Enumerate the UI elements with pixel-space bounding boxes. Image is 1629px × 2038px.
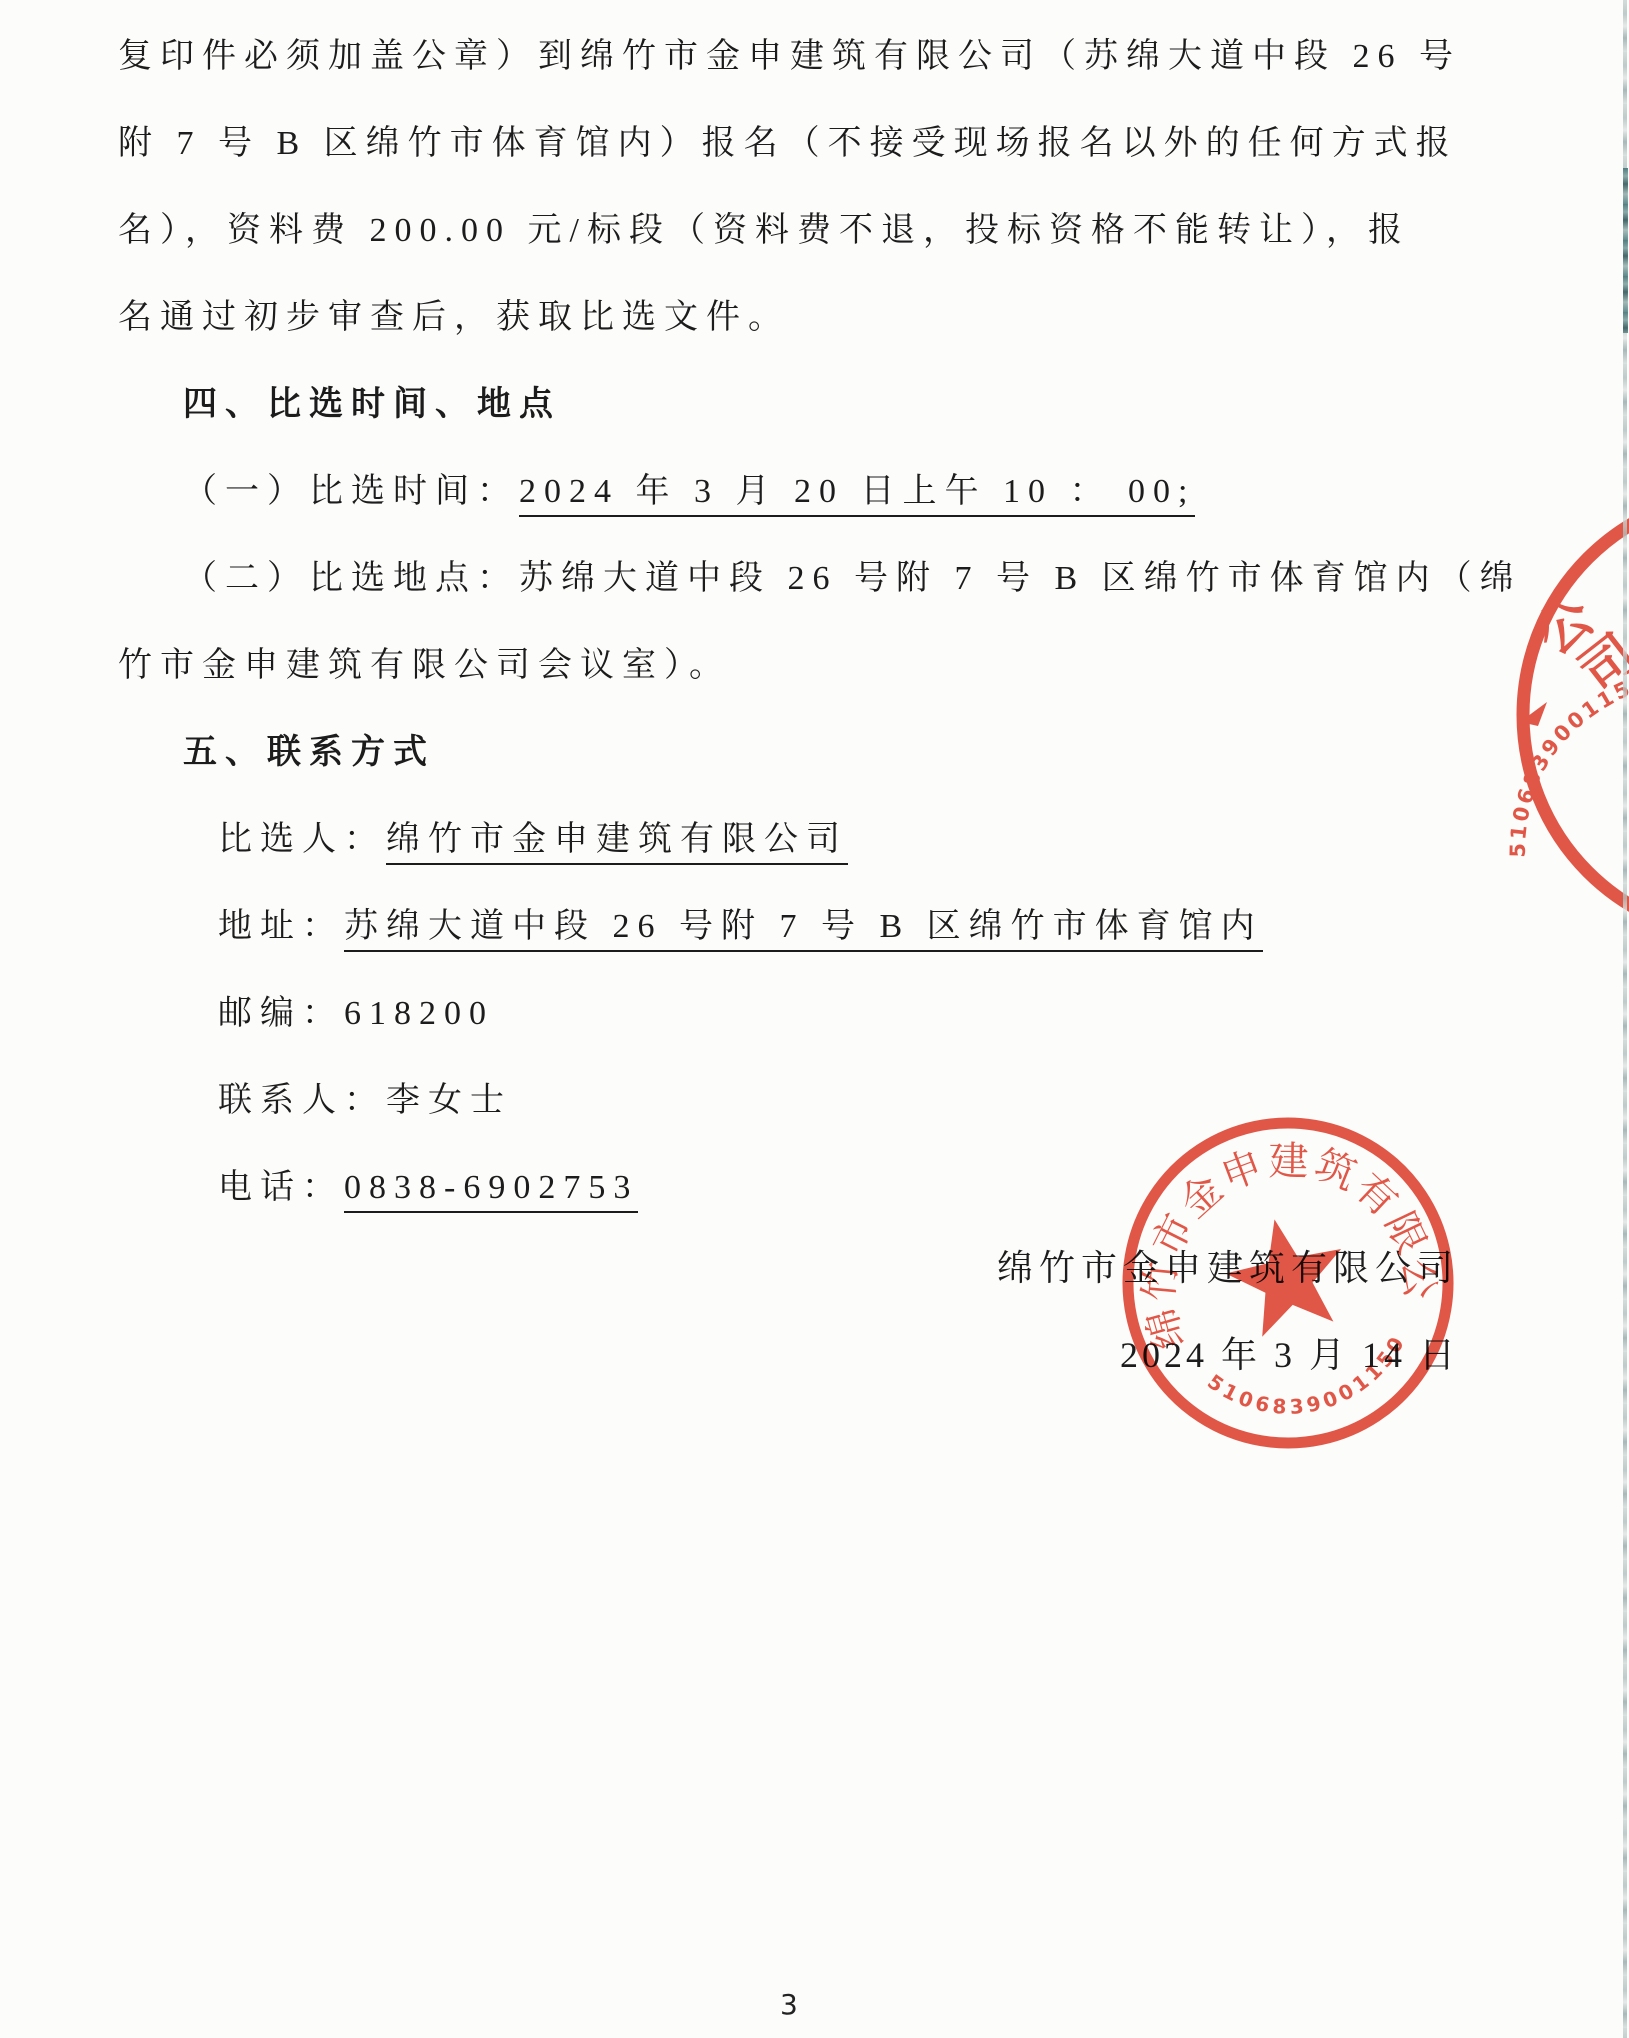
bixuanren-value-underlined: 绵竹市金申建筑有限公司 [386, 821, 848, 865]
bixuanren-label: 比选人： [218, 821, 386, 858]
document-page: 复印件必须加盖公章）到绵竹市金申建筑有限公司（苏绵大道中段 26 号 附 7 号… [0, 0, 1629, 2038]
address-label: 地址： [218, 908, 344, 945]
company-seal: 绵竹市金申建筑有限公司 5106839001150 [1113, 1108, 1463, 1458]
item2-label: （二）比选地点： [183, 560, 519, 597]
item1-value-underlined: 2024 年 3 月 20 日上午 10 ： 00; [519, 473, 1195, 517]
postcode-value: 618200 [344, 995, 494, 1032]
paragraph-line-4: 名通过初步审查后，获取比选文件。 [118, 295, 790, 341]
seal-star-icon [1217, 1207, 1356, 1341]
section4-item2-line1: （二）比选地点：苏绵大道中段 26 号附 7 号 B 区绵竹市体育馆内（绵 [183, 556, 1522, 602]
company-seal-graphic: 绵竹市金申建筑有限公司 5106839001150 [1113, 1108, 1463, 1458]
postcode-label: 邮编： [218, 995, 344, 1032]
address-value-underlined: 苏绵大道中段 26 号附 7 号 B 区绵竹市体育馆内 [344, 908, 1263, 952]
section4-item2-line2: 竹市金申建筑有限公司会议室）。 [118, 643, 731, 689]
contact-label: 联系人： [218, 1082, 386, 1119]
seal-code-arc-text: 5106839001150 [1199, 1326, 1422, 1438]
section5-heading: 五、联系方式 [183, 730, 435, 776]
contact-row-bixuanren: 比选人：绵竹市金申建筑有限公司 [218, 817, 848, 863]
contact-row-phone: 电话：0838-6902753 [218, 1165, 638, 1211]
contact-value: 李女士 [386, 1082, 512, 1119]
phone-label: 电话： [218, 1169, 344, 1206]
paragraph-line-2: 附 7 号 B 区绵竹市体育馆内）报名（不接受现场报名以外的任何方式报 [118, 121, 1458, 167]
page-number: 3 [780, 1988, 798, 2021]
section4-item1: （一）比选时间：2024 年 3 月 20 日上午 10 ： 00; [183, 469, 1195, 515]
item2-value-line1: 苏绵大道中段 26 号附 7 号 B 区绵竹市体育馆内（绵 [519, 560, 1522, 597]
contact-row-postcode: 邮编：618200 [218, 991, 494, 1037]
item1-label: （一）比选时间： [183, 473, 519, 510]
contact-row-person: 联系人：李女士 [218, 1078, 512, 1124]
section4-heading: 四、比选时间、地点 [183, 382, 561, 428]
edge-seal: 公 司 5106839001150 [1495, 490, 1629, 970]
edge-seal-graphic: 公 司 5106839001150 [1495, 490, 1629, 970]
paragraph-line-1: 复印件必须加盖公章）到绵竹市金申建筑有限公司（苏绵大道中段 26 号 [118, 34, 1461, 80]
scan-artifact-strip-dark [1623, 168, 1628, 333]
contact-row-address: 地址：苏绵大道中段 26 号附 7 号 B 区绵竹市体育馆内 [218, 904, 1263, 950]
phone-value-underlined: 0838-6902753 [344, 1169, 638, 1213]
paragraph-line-3: 名），资料费 200.00 元/标段（资料费不退，投标资格不能转让），报 [118, 208, 1410, 254]
